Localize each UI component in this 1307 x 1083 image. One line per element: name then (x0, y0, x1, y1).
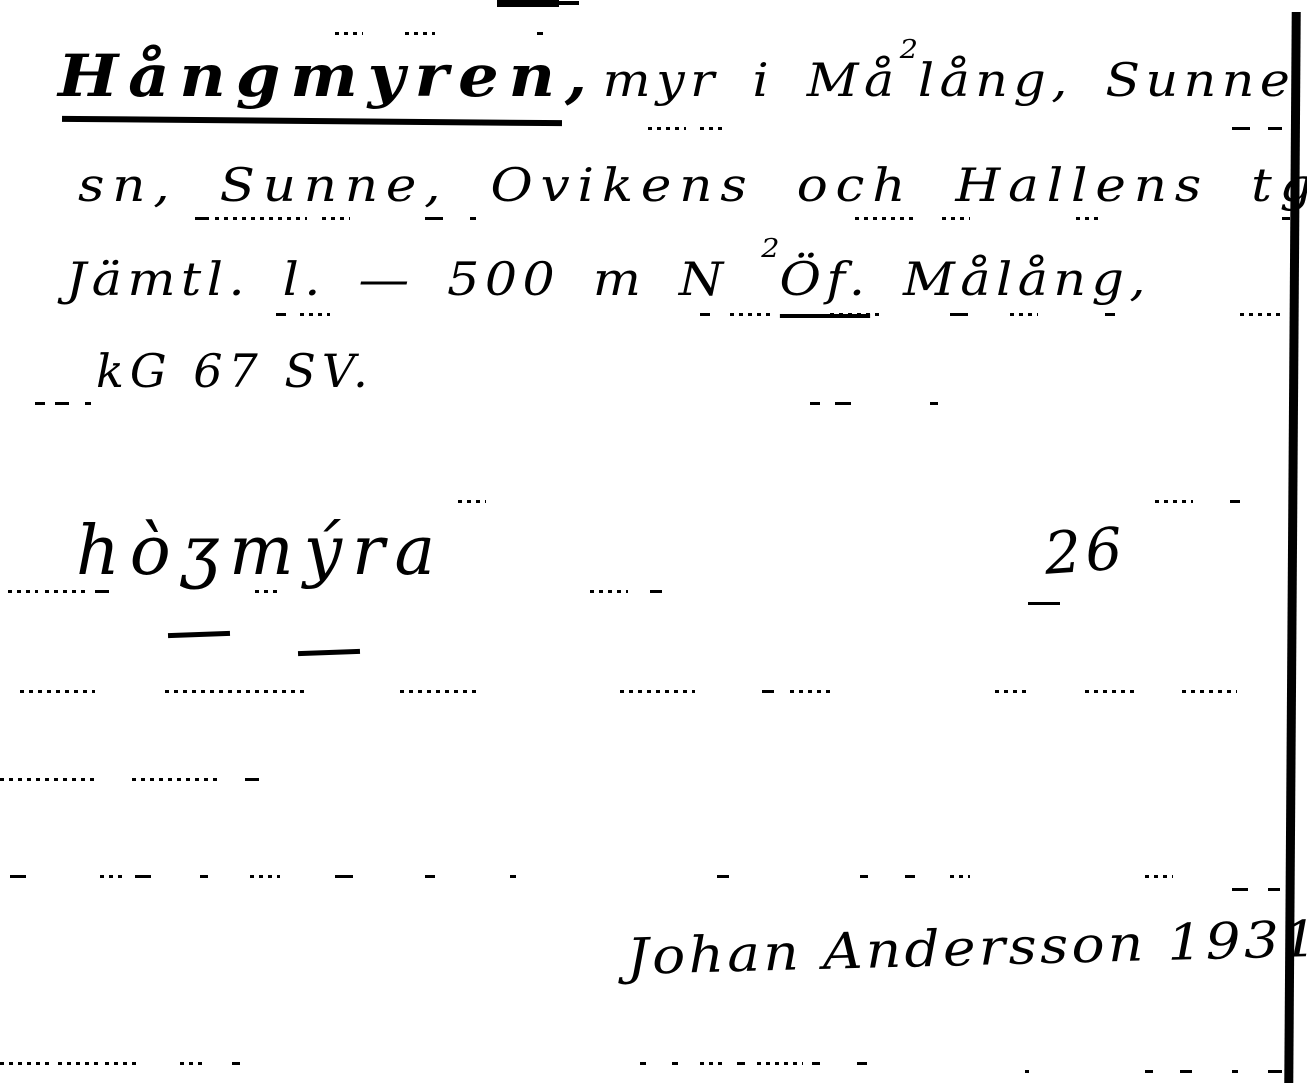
phonetic-underline-mark-2 (298, 649, 360, 656)
map-reference: kG 67 SV. (96, 344, 374, 398)
ruled-line-fragment (0, 1062, 52, 1065)
entry-line-1-text: myr i Må2lång, Sunne — (603, 53, 1307, 107)
ruled-line-fragment (590, 590, 628, 593)
ruled-line-fragment (200, 875, 208, 878)
ruled-line-fragment (232, 1062, 240, 1065)
ruled-line-fragment (10, 875, 26, 878)
ruled-line-fragment (857, 1062, 867, 1065)
ruled-line-fragment (860, 875, 868, 878)
ruled-line-fragment (762, 690, 774, 693)
ruled-line-fragment (135, 875, 151, 878)
ruled-line-fragment (85, 402, 91, 405)
ruled-line-fragment (8, 590, 38, 593)
ruled-line-fragment (55, 402, 69, 405)
ruled-line-fragment (1232, 888, 1248, 891)
ruled-line-fragment (1145, 875, 1173, 878)
ruled-line-fragment (1076, 217, 1100, 220)
ruled-line-fragment (812, 1062, 820, 1065)
ruled-line-fragment (105, 1062, 141, 1065)
ruled-line-fragment (790, 690, 835, 693)
ruled-line-fragment (215, 217, 307, 220)
ruled-line-fragment (58, 1062, 100, 1065)
ruled-line-fragment (1230, 500, 1240, 503)
ruled-line-fragment (1025, 1070, 1029, 1073)
phonetic-underline-mark-1 (168, 631, 230, 638)
ruled-line-fragment (1105, 313, 1115, 316)
scan-smudge (497, 0, 559, 7)
ruled-line-fragment (425, 875, 435, 878)
ruled-line-fragment (730, 313, 770, 316)
ruled-line-fragment (405, 32, 435, 35)
accent2-mark: 2 (761, 234, 779, 264)
ruled-line-fragment (35, 402, 45, 405)
ruled-line-fragment (100, 875, 122, 878)
ruled-line-fragment (942, 217, 970, 220)
ruled-line-fragment (950, 875, 970, 878)
ruled-line-fragment (640, 1062, 646, 1065)
entry-line-2: sn, Sunne, Ovikens och Hallens tg, (78, 158, 1307, 212)
ruled-line-fragment (717, 875, 729, 878)
headword-underline (62, 116, 562, 126)
scan-smudge-tail (559, 1, 579, 5)
ruled-line-fragment (1155, 500, 1193, 503)
ruled-line-fragment (458, 500, 486, 503)
ruled-line-fragment (1232, 1070, 1238, 1073)
ruled-line-fragment (1145, 1070, 1153, 1073)
archive-card: Hångmyren, myr i Må2lång, Sunne — sn, Su… (0, 0, 1307, 1083)
ruled-line-fragment (245, 778, 259, 781)
ruled-line-fragment (1232, 127, 1250, 130)
ruled-line-fragment (335, 32, 363, 35)
ruled-line-fragment (700, 127, 722, 130)
phonetic-form: hòʒmýra (76, 512, 445, 591)
entry-line-1: Hångmyren, myr i Må2lång, Sunne — (58, 42, 1307, 110)
ruled-line-fragment (300, 313, 330, 316)
ruled-line-fragment (757, 1062, 803, 1065)
ruled-line-fragment (648, 127, 686, 130)
ruled-line-fragment (950, 313, 968, 316)
ruled-line-fragment (1240, 313, 1282, 316)
ruled-line-fragment (400, 690, 480, 693)
ruled-line-fragment (0, 778, 98, 781)
ruled-line-fragment (905, 875, 915, 878)
ruled-line-fragment (1180, 1070, 1192, 1073)
ruled-line-fragment (1182, 690, 1237, 693)
ruled-line-fragment (700, 313, 710, 316)
signature: Johan Andersson 1931. (626, 909, 1307, 986)
ruled-line-fragment (620, 690, 695, 693)
ruled-line-fragment (322, 217, 350, 220)
ruled-line-fragment (180, 1062, 206, 1065)
ruled-line-fragment (1268, 888, 1280, 891)
accent2-mark: 2 (900, 35, 918, 65)
ruled-line-fragment (672, 1062, 678, 1065)
underlined-abbreviation: Öf. (779, 252, 870, 318)
ruled-line-fragment (335, 875, 353, 878)
ruled-line-fragment (510, 875, 516, 878)
page-number: 26 (1042, 514, 1128, 588)
ruled-line-fragment (195, 217, 209, 220)
ruled-line-fragment (250, 875, 280, 878)
ruled-line-fragment (165, 690, 305, 693)
ruled-line-fragment (855, 217, 913, 220)
ruled-line-fragment (20, 690, 95, 693)
ruled-line-fragment (425, 217, 443, 220)
ruled-line-fragment (537, 32, 543, 35)
ruled-line-fragment (810, 402, 820, 405)
ruled-line-fragment (995, 690, 1030, 693)
ruled-line-fragment (1268, 127, 1282, 130)
ruled-line-fragment (1085, 690, 1135, 693)
headword: Hångmyren, (58, 42, 597, 110)
ruled-line-fragment (1268, 1070, 1282, 1073)
entry-line-3: Jämtl. l. — 500 m N 2Öf. Målång, (66, 252, 1151, 306)
ruled-line-fragment (132, 778, 220, 781)
ruled-line-fragment (930, 402, 938, 405)
ruled-line-fragment (1010, 313, 1038, 316)
ruled-line-fragment (650, 590, 662, 593)
ruled-line-fragment (276, 313, 286, 316)
page-number-dash (1028, 602, 1060, 605)
ruled-line-fragment (835, 402, 851, 405)
ruled-line-fragment (1282, 217, 1290, 220)
ruled-line-fragment (737, 1062, 745, 1065)
ruled-line-fragment (700, 1062, 722, 1065)
ruled-line-fragment (470, 217, 476, 220)
